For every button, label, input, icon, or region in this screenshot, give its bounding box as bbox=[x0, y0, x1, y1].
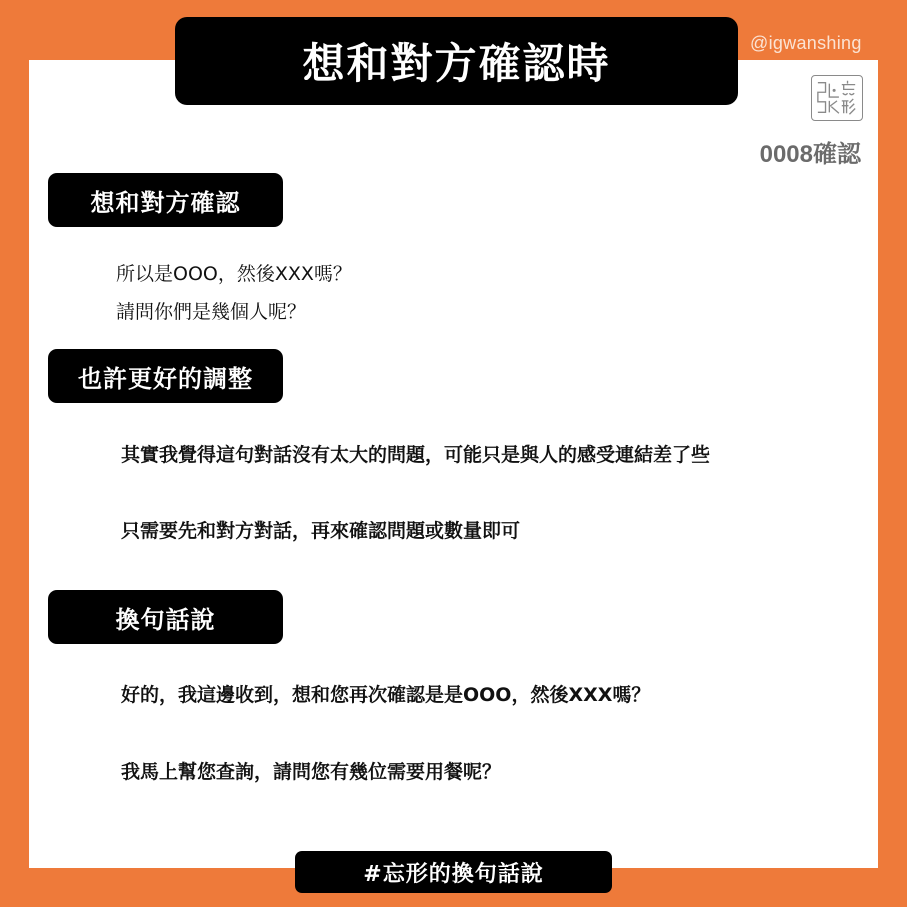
advice-line: 只需要先和對方對話，再來確認問題或數量即可 bbox=[121, 516, 520, 543]
rephrase-line: 好的，我這邊收到，想和您再次確認是是OOO，然後XXX嗎？ bbox=[121, 680, 650, 707]
social-handle: @igwanshing bbox=[750, 33, 862, 54]
section-label-confirm: 想和對方確認 bbox=[48, 173, 283, 227]
example-line: 所以是OOO，然後XXX嗎？ bbox=[116, 259, 352, 286]
stamp-logo-icon bbox=[811, 75, 863, 121]
example-line: 請問你們是幾個人呢？ bbox=[116, 297, 306, 324]
rephrase-line: 我馬上幫您查詢，請問您有幾位需要用餐呢？ bbox=[121, 757, 501, 784]
advice-line: 其實我覺得這句對話沒有太大的問題，可能只是與人的感受連結差了些 bbox=[121, 440, 710, 467]
page-title: 想和對方確認時 bbox=[175, 17, 738, 105]
section-label-better-adjustment: 也許更好的調整 bbox=[48, 349, 283, 403]
hashtag-badge: #忘形的換句話說 bbox=[295, 851, 612, 893]
section-label-rephrase: 換句話說 bbox=[48, 590, 283, 644]
post-code: 0008確認 bbox=[760, 134, 861, 169]
